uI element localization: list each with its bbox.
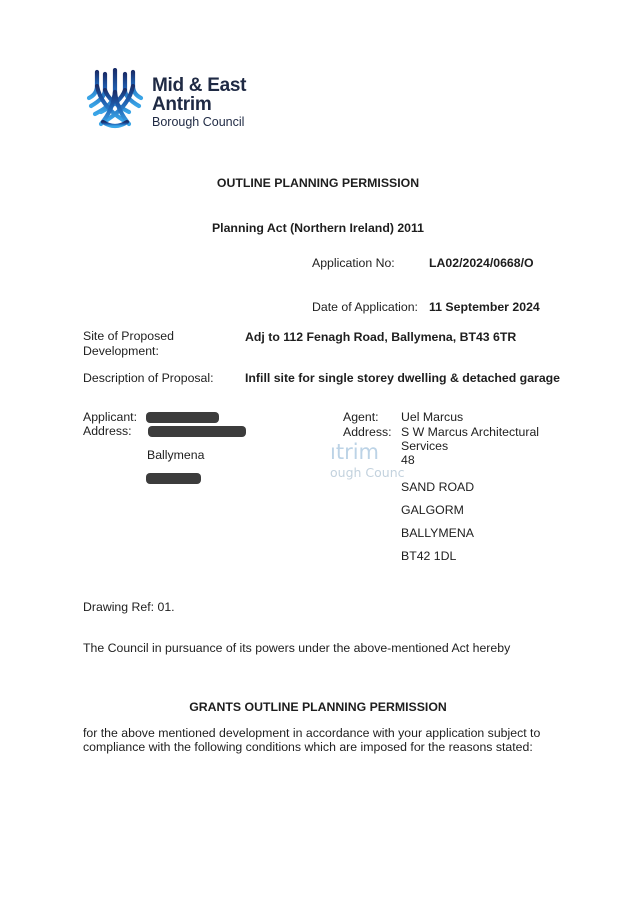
agent-address-line: BALLYMENA: [401, 522, 474, 545]
agent-number: 48: [401, 453, 539, 467]
council-logo-text: Mid & East Antrim Borough Council: [152, 76, 246, 130]
logo-line-antrim: Antrim: [152, 95, 246, 114]
agent-address-label: Address:: [343, 425, 392, 440]
description-value: Infill site for single storey dwelling &…: [245, 371, 560, 385]
council-statement: The Council in pursuance of its powers u…: [83, 641, 510, 655]
grants-heading: GRANTS OUTLINE PLANNING PERMISSION: [0, 700, 636, 714]
agent-company-line1: S W Marcus Architectural: [401, 425, 539, 440]
document-title: OUTLINE PLANNING PERMISSION: [0, 176, 636, 190]
applicant-town: Ballymena: [147, 448, 204, 462]
site-value: Adj to 112 Fenagh Road, Ballymena, BT43 …: [245, 330, 516, 344]
applicant-label: Applicant:: [83, 410, 137, 424]
agent-company-line2: Services: [401, 440, 539, 453]
applicant-labels: Applicant: Address:: [83, 410, 137, 438]
description-label: Description of Proposal:: [83, 371, 214, 385]
watermark-logo-fragment-sub: ough Counc: [330, 465, 405, 480]
logo-line-borough-council: Borough Council: [152, 114, 246, 130]
applicant-postcode-redaction: [146, 473, 201, 484]
council-logo-mark-icon: [83, 68, 147, 134]
legislation-title: Planning Act (Northern Ireland) 2011: [0, 221, 636, 235]
site-label-line2: Development:: [83, 344, 213, 359]
logo-line-mid-east: Mid & East: [152, 76, 246, 95]
date-of-application-label: Date of Application:: [312, 300, 418, 314]
agent-name: Uel Marcus: [401, 410, 539, 425]
application-no-value: LA02/2024/0668/O: [429, 256, 534, 270]
agent-address: SAND ROAD GALGORM BALLYMENA BT42 1DL: [401, 476, 474, 568]
date-of-application-value: 11 September 2024: [429, 300, 540, 314]
site-label-line1: Site of Proposed: [83, 329, 213, 344]
applicant-name-redaction: [146, 412, 219, 423]
agent-address-line: SAND ROAD: [401, 476, 474, 499]
applicant-address-label: Address:: [83, 424, 137, 438]
agent-label: Agent:: [343, 410, 392, 425]
applicant-address-redaction: [148, 426, 246, 437]
site-label: Site of Proposed Development:: [83, 329, 213, 359]
watermark-logo-fragment: ıtrim: [330, 440, 379, 464]
grants-paragraph: for the above mentioned development in a…: [83, 727, 553, 754]
agent-labels: Agent: Address:: [343, 410, 392, 440]
agent-address-line: BT42 1DL: [401, 545, 474, 568]
drawing-ref: Drawing Ref: 01.: [83, 600, 175, 614]
agent-address-line: GALGORM: [401, 499, 474, 522]
agent-details: Uel Marcus S W Marcus Architectural Serv…: [401, 410, 539, 467]
application-no-label: Application No:: [312, 256, 395, 270]
